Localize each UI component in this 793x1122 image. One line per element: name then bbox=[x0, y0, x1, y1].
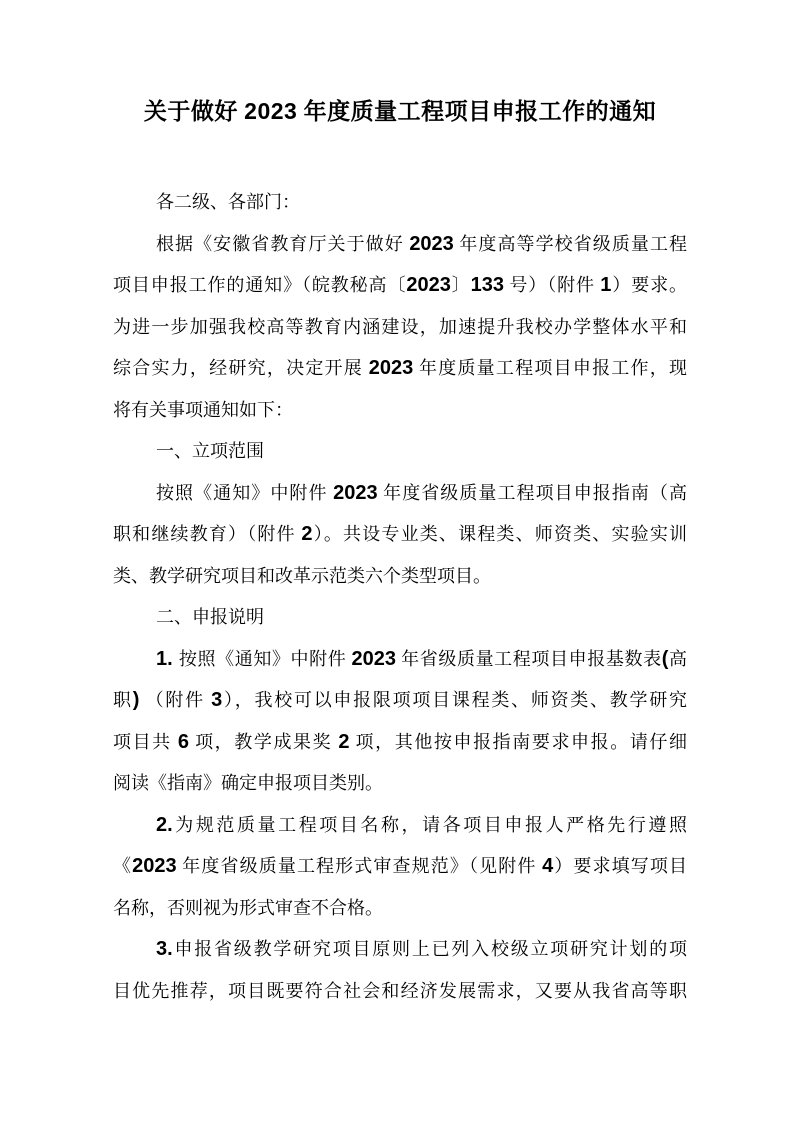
number-run: 2 bbox=[301, 523, 312, 545]
text-run: 职 bbox=[113, 690, 133, 710]
text-run: 一、立项范围 bbox=[156, 441, 264, 461]
text-line: 为进一步加强我校高等教育内涵建设，加速提升我校办学整体水平和 bbox=[113, 307, 687, 349]
text-run: 〕 bbox=[451, 275, 471, 295]
text-run: 按照《通知》中附件 bbox=[156, 483, 333, 503]
text-run: 项，其他按申报指南要求申报。请仔细 bbox=[349, 732, 687, 752]
text-run: 年度高等学校省级质量工程 bbox=[454, 234, 687, 254]
text-line: 项目申报工作的通知》（皖教秘高〔2023〕133 号）（附件 1）要求。 bbox=[113, 265, 687, 307]
text-run: 类、教学研究项目和改革示范类六个类型项目。 bbox=[113, 566, 491, 586]
number-run: 2023 bbox=[406, 274, 451, 296]
text-line: 3.申报省级教学研究项目原则上已列入校级立项研究计划的项 bbox=[113, 929, 687, 971]
text-line: 综合实力，经研究，决定开展 2023 年度质量工程项目申报工作，现 bbox=[113, 348, 687, 390]
text-line: 阅读《指南》确定申报项目类别。 bbox=[113, 763, 687, 805]
text-line: 根据《安徽省教育厅关于做好 2023 年度高等学校省级质量工程 bbox=[113, 224, 687, 266]
text-line: 1. 按照《通知》中附件 2023 年省级质量工程项目申报基数表(高 bbox=[113, 639, 687, 681]
text-run: ）要求。 bbox=[611, 275, 687, 295]
number-run: 2. bbox=[156, 814, 173, 836]
text-run: 目优先推荐，项目既要符合社会和经济发展需求，又要从我省高等职 bbox=[113, 981, 687, 1001]
document-body: 各二级、各部门：根据《安徽省教育厅关于做好 2023 年度高等学校省级质量工程项… bbox=[113, 182, 687, 1012]
text-run: 项目共 bbox=[113, 732, 178, 752]
number-run: 3 bbox=[211, 689, 222, 711]
text-line: 目优先推荐，项目既要符合社会和经济发展需求，又要从我省高等职 bbox=[113, 971, 687, 1013]
text-line: 职和继续教育）（附件 2）。共设专业类、课程类、师资类、实验实训 bbox=[113, 514, 687, 556]
text-run: 年度省级质量工程项目申报指南（高 bbox=[378, 483, 687, 503]
text-line: 2.为规范质量工程项目名称，请各项目申报人严格先行遵照 bbox=[113, 805, 687, 847]
text-run: 年度省级质量工程形式审查规范》（见附件 bbox=[177, 856, 542, 876]
text-line: 《2023 年度省级质量工程形式审查规范》（见附件 4）要求填写项目 bbox=[113, 846, 687, 888]
text-run: 根据《安徽省教育厅关于做好 bbox=[156, 234, 409, 254]
text-run: 为进一步加强我校高等教育内涵建设，加速提升我校办学整体水平和 bbox=[113, 317, 687, 337]
number-run: 2023 bbox=[132, 855, 177, 877]
text-run: ）要求填写项目 bbox=[553, 856, 687, 876]
text-run: 名称，否则视为形式审查不合格。 bbox=[113, 898, 383, 918]
text-line: 按照《通知》中附件 2023 年度省级质量工程项目申报指南（高 bbox=[113, 473, 687, 515]
text-run: 《 bbox=[113, 856, 132, 876]
number-run: 1. bbox=[156, 648, 179, 670]
text-run: 年省级质量工程项目申报基数表 bbox=[396, 649, 662, 669]
number-run: 133 bbox=[471, 274, 504, 296]
text-run: 二、申报说明 bbox=[156, 607, 264, 627]
text-run: 将有关事项通知如下： bbox=[113, 400, 293, 420]
text-line: 二、申报说明 bbox=[113, 597, 687, 639]
text-run: 项目申报工作的通知》（皖教秘高〔 bbox=[113, 275, 406, 295]
number-run: 2023 bbox=[409, 233, 454, 255]
text-run: （附件 bbox=[139, 690, 211, 710]
number-run: 2023 bbox=[352, 648, 397, 670]
number-run: 2023 bbox=[333, 482, 378, 504]
number-run: 2023 bbox=[369, 357, 414, 379]
text-run: 综合实力，经研究，决定开展 bbox=[113, 358, 369, 378]
text-line: 各二级、各部门： bbox=[113, 182, 687, 224]
text-run: ），我校可以申报限项项目课程类、师资类、教学研究 bbox=[222, 690, 687, 710]
text-run: ）。共设专业类、课程类、师资类、实验实训 bbox=[313, 524, 687, 544]
number-run: 2 bbox=[338, 731, 349, 753]
number-run: 3. bbox=[156, 938, 173, 960]
text-run: 号）（附件 bbox=[504, 275, 600, 295]
number-run: 2023 bbox=[244, 98, 297, 124]
text-run: 职和继续教育）（附件 bbox=[113, 524, 301, 544]
text-run: 关于做好 bbox=[144, 99, 244, 124]
text-run: 各二级、各部门： bbox=[156, 192, 300, 212]
text-line: 名称，否则视为形式审查不合格。 bbox=[113, 888, 687, 930]
text-run: 年度质量工程项目申报工作的通知 bbox=[297, 99, 656, 124]
text-run: 年度质量工程项目申报工作，现 bbox=[413, 358, 687, 378]
text-run: 项，教学成果奖 bbox=[189, 732, 338, 752]
text-line: 一、立项范围 bbox=[113, 431, 687, 473]
number-run: 6 bbox=[178, 731, 189, 753]
text-run: 按照《通知》中附件 bbox=[179, 649, 352, 669]
number-run: 4 bbox=[542, 855, 553, 877]
text-run: 阅读《指南》确定申报项目类别。 bbox=[113, 773, 383, 793]
text-line: 职) （附件 3），我校可以申报限项项目课程类、师资类、教学研究 bbox=[113, 680, 687, 722]
document-title: 关于做好 2023 年度质量工程项目申报工作的通知 bbox=[113, 0, 687, 130]
document-page: 关于做好 2023 年度质量工程项目申报工作的通知 各二级、各部门：根据《安徽省… bbox=[0, 0, 793, 1122]
text-line: 将有关事项通知如下： bbox=[113, 390, 687, 432]
text-run: 申报省级教学研究项目原则上已列入校级立项研究计划的项 bbox=[173, 939, 687, 959]
text-line: 项目共 6 项，教学成果奖 2 项，其他按申报指南要求申报。请仔细 bbox=[113, 722, 687, 764]
text-run: 高 bbox=[668, 649, 687, 669]
text-line: 类、教学研究项目和改革示范类六个类型项目。 bbox=[113, 556, 687, 598]
number-run: 1 bbox=[600, 274, 611, 296]
text-run: 为规范质量工程项目名称，请各项目申报人严格先行遵照 bbox=[173, 815, 687, 835]
